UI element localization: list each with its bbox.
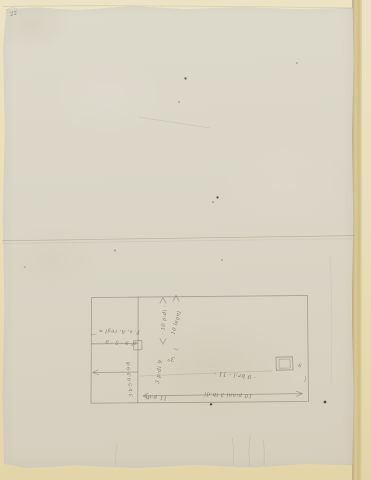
scanned-document: 22 F. s. A. regl = z° 9 · 5 · 9 3·b·5·9·… — [0, 0, 371, 480]
annotation-left-line2: z° 9 · 5 · 9 — [105, 338, 138, 346]
fold-crease — [2, 236, 354, 241]
pen-hook — [174, 348, 178, 350]
small-rect-right-inner — [279, 359, 290, 368]
foxing-spots — [24, 62, 326, 405]
paper-creases — [2, 6, 354, 466]
corner-number: 22 — [9, 10, 18, 17]
annotation-nine-eleven: · 9 br:l - 11 · — [214, 370, 257, 380]
pencil-sketch: 22 F. s. A. regl = z° 9 · 5 · 9 3·b·5·9·… — [0, 0, 371, 480]
wrinkle — [249, 436, 250, 466]
fold-crease-soft — [2, 239, 354, 244]
scratch-line — [138, 117, 210, 128]
foxing-spot — [221, 259, 223, 261]
foxing-spot — [212, 201, 214, 203]
annotation-ten-legni: 10 legnj — [171, 310, 183, 335]
foxing-spot — [324, 401, 327, 404]
top-edge-shadow — [3, 6, 352, 8]
foxing-spot — [24, 266, 26, 268]
annotation-eleven-piedi: 11 p:di — [145, 393, 167, 400]
edge-scribble — [304, 376, 306, 382]
annotation-ten-piedi: · 10 p:di · — [160, 305, 169, 335]
annotation-right-scribble: 9· — [296, 361, 302, 367]
chevron-down-icon — [160, 339, 166, 345]
wrinkle — [116, 444, 117, 465]
handwritten-annotations: 22 F. s. A. regl = z° 9 · 5 · 9 3·b·5·9·… — [9, 10, 302, 400]
annotation-three-degrees: 3° — [166, 354, 175, 362]
foxing-spot — [114, 250, 116, 252]
foxing-spot — [296, 62, 298, 64]
annotation-left-line1: F. s. A. regl = — [98, 327, 141, 334]
wrinkle — [330, 255, 332, 385]
foxing-spot — [216, 196, 218, 198]
ink-dot — [210, 403, 212, 405]
foxing-spot — [184, 77, 186, 79]
wrinkle — [263, 440, 264, 465]
plan-outline — [91, 296, 309, 404]
plan-drawing — [7, 8, 309, 403]
annotation-left-column: 3·b·5·9·5·9·8 — [125, 361, 134, 397]
wrinkle — [232, 438, 234, 465]
annotation-bottom-dimension: 10 p:nni 3 lb:di — [204, 390, 252, 398]
chevron-up-icon — [160, 298, 166, 304]
annotation-three-piedi: 3 p:di 9 — [155, 359, 164, 384]
foxing-spot — [178, 101, 180, 103]
